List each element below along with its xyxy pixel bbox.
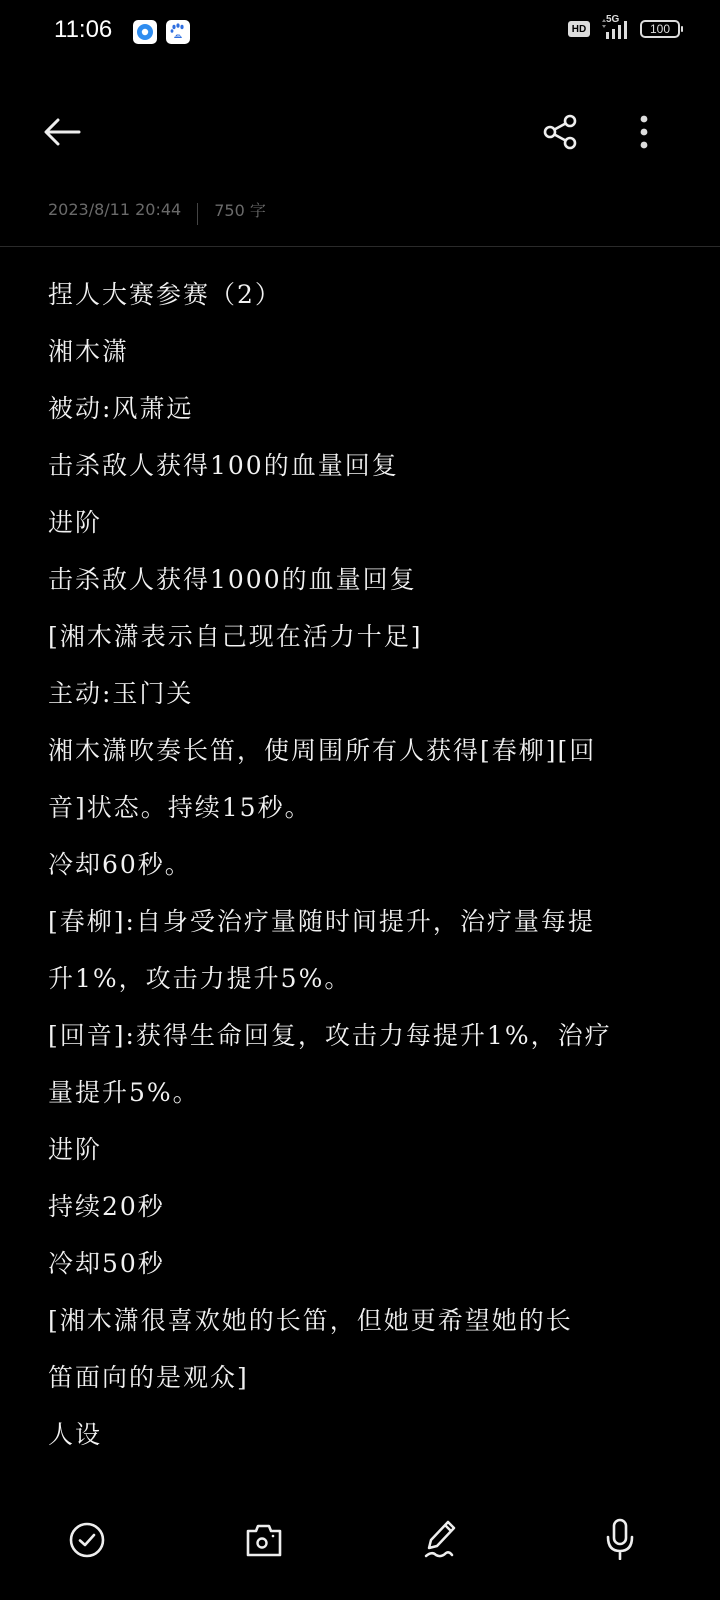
note-line: 量提升5%。 [48,1064,668,1121]
note-line: 笛面向的是观众] [48,1349,668,1406]
note-line: 击杀敌人获得100的血量回复 [48,437,668,494]
share-button[interactable] [536,108,586,156]
handwriting-button[interactable] [415,1512,469,1566]
camera-button[interactable] [239,1515,289,1565]
note-line: 升1%，攻击力提升5%。 [48,950,668,1007]
note-line: [春柳]:自身受治疗量随时间提升，治疗量每提 [48,893,668,950]
camera-icon [245,1522,283,1558]
checklist-icon [68,1521,106,1559]
meta-divider [197,203,198,225]
note-line: [湘木潇表示自己现在活力十足] [48,608,668,665]
note-line: 击杀敌人获得1000的血量回复 [48,551,668,608]
note-body[interactable]: 捏人大赛参赛（2） 湘木潇 被动:风萧远 击杀敌人获得100的血量回复 进阶 击… [48,266,668,1478]
more-options-button[interactable] [624,108,664,156]
status-bar: 11:06 du HD 5G 100 [0,0,720,66]
note-line: 湘木潇出生在一个音乐世家，家族中人人 [48,1463,668,1478]
handwriting-pen-icon [422,1518,462,1560]
arrow-left-icon [43,117,81,147]
note-meta: 2023/8/11 20:44 750 字 [48,198,266,221]
header-divider [0,246,720,247]
note-line: 冷却60秒。 [48,836,668,893]
note-line: 主动:玉门关 [48,665,668,722]
note-line: 持续20秒 [48,1178,668,1235]
note-line: 被动:风萧远 [48,380,668,437]
back-button[interactable] [36,108,88,156]
word-count: 750 字 [214,198,266,221]
signal-icon: 5G [600,18,630,40]
hd-icon: HD [568,21,590,37]
baidu-app-icon: du [166,20,190,44]
voice-input-button[interactable] [596,1512,644,1566]
share-icon [542,114,580,150]
note-line: 冷却50秒 [48,1235,668,1292]
note-line: 人设 [48,1406,668,1463]
note-line: [回音]:获得生命回复，攻击力每提升1%，治疗 [48,1007,668,1064]
note-title: 捏人大赛参赛（2） [48,266,668,323]
note-toolbar [0,100,720,164]
checklist-button[interactable] [62,1515,112,1565]
note-line: 进阶 [48,494,668,551]
microphone-icon [604,1518,636,1560]
note-line: 湘木潇 [48,323,668,380]
note-line: 湘木潇吹奏长笛，使周围所有人获得[春柳][回 [48,722,668,779]
blue-circle-app-icon [133,20,157,44]
bottom-toolbar [0,1490,720,1600]
status-time: 11:06 [54,16,112,44]
note-line: 音]状态。持续15秒。 [48,779,668,836]
more-vertical-icon [639,115,649,149]
note-line: [湘木潇很喜欢她的长笛，但她更希望她的长 [48,1292,668,1349]
note-datetime: 2023/8/11 20:44 [48,200,181,219]
battery-icon: 100 [640,20,680,38]
status-icons: HD 5G 100 [568,18,680,40]
svg-text:du: du [175,33,181,39]
note-line: 进阶 [48,1121,668,1178]
